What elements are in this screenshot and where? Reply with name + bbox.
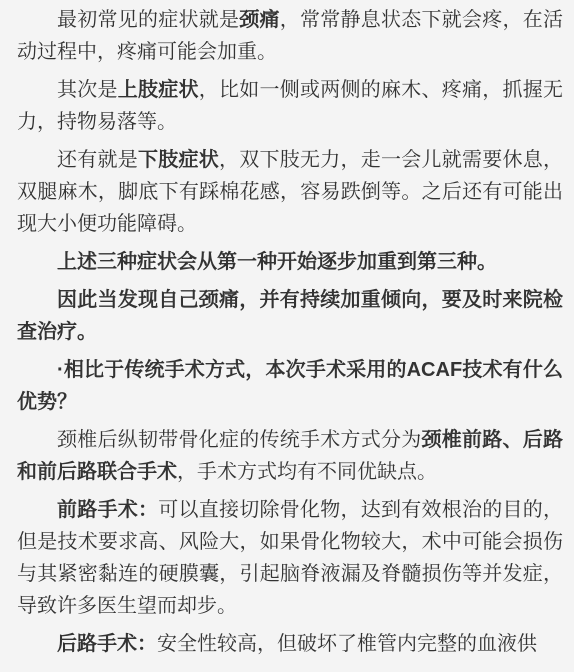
paragraph: ·相比于传统手术方式，本次手术采用的ACAF技术有什么优势？ xyxy=(17,354,563,418)
paragraph: 前路手术：可以直接切除骨化物，达到有效根治的目的，但是技术要求高、风险大，如果骨… xyxy=(17,494,563,622)
text-run: 最初常见的症状就是 xyxy=(57,9,239,31)
bold-text-run: 上肢症状 xyxy=(118,79,199,101)
bold-text-run: 后路手术： xyxy=(57,633,157,655)
paragraph: 其次是上肢症状，比如一侧或两侧的麻木、疼痛，抓握无力，持物易落等。 xyxy=(17,74,563,138)
paragraph: 还有就是下肢症状，双下肢无力，走一会儿就需要休息，双腿麻木，脚底下有踩棉花感，容… xyxy=(17,144,563,240)
document-body: 最初常见的症状就是颈痛，常常静息状态下就会疼，在活动过程中，疼痛可能会加重。其次… xyxy=(0,0,574,660)
paragraph: 因此当发现自己颈痛，并有持续加重倾向，要及时来院检查治疗。 xyxy=(17,284,563,348)
bold-text-run: 上述三种症状会从第一种开始逐步加重到第三种。 xyxy=(57,251,497,273)
paragraph: 颈椎后纵韧带骨化症的传统手术方式分为颈椎前路、后路和前后路联合手术，手术方式均有… xyxy=(17,424,563,488)
bold-text-run: ·相比于传统手术方式，本次手术采用的ACAF技术有什么优势？ xyxy=(17,359,563,413)
bold-text-run: 下肢症状 xyxy=(138,149,219,171)
text-run: 颈椎后纵韧带骨化症的传统手术方式分为 xyxy=(57,429,422,451)
text-run: ，手术方式均有不同优缺点。 xyxy=(177,461,437,483)
bold-text-run: 前路手术： xyxy=(57,499,158,521)
text-run: 还有就是 xyxy=(57,149,138,171)
bold-text-run: 颈痛 xyxy=(239,9,280,31)
paragraph: 上述三种症状会从第一种开始逐步加重到第三种。 xyxy=(17,246,563,278)
text-run: 安全性较高，但破坏了椎管内完整的血液供 xyxy=(157,633,537,655)
text-run: 其次是 xyxy=(57,79,118,101)
paragraph: 后路手术：安全性较高，但破坏了椎管内完整的血液供 xyxy=(17,628,563,660)
paragraph: 最初常见的症状就是颈痛，常常静息状态下就会疼，在活动过程中，疼痛可能会加重。 xyxy=(17,4,563,68)
document-page: 最初常见的症状就是颈痛，常常静息状态下就会疼，在活动过程中，疼痛可能会加重。其次… xyxy=(0,0,574,660)
bold-text-run: 因此当发现自己颈痛，并有持续加重倾向，要及时来院检查治疗。 xyxy=(17,289,563,343)
